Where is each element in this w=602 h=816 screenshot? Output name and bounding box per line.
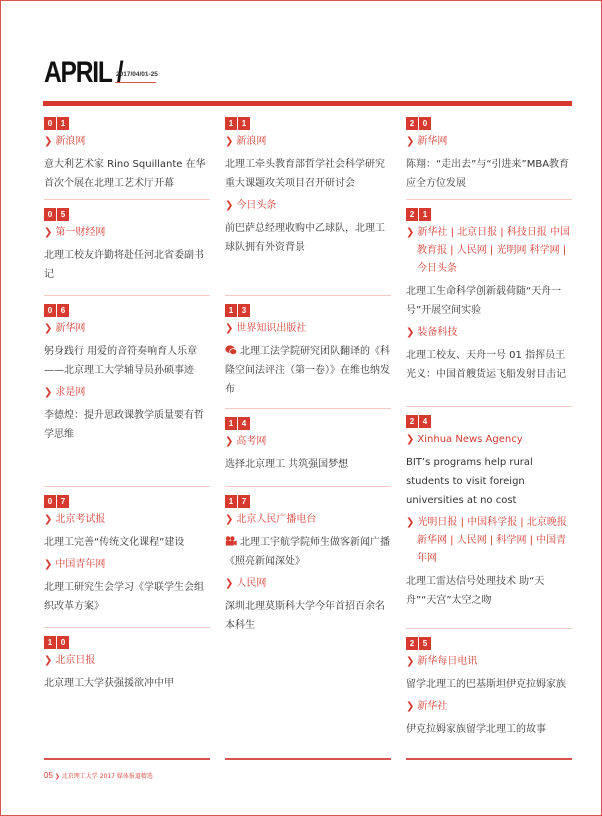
chevron-right-icon: ❯ (406, 327, 414, 338)
headline-link[interactable]: 北京理工大学获强援欲冲中甲 (44, 674, 210, 693)
headline-link[interactable]: 北理工牵头教育部哲学社会科学研究重大课题攻关项目召开研讨会 (225, 155, 391, 193)
chevron-right-icon: ❯ (406, 434, 414, 445)
headline-link[interactable]: 北理工生命科学创新载荷随“天舟一号”开展空间实验 (406, 282, 572, 320)
entry-day-11: 11 ❯新浪网 北理工牵头教育部哲学社会科学研究重大课题攻关项目召开研讨会 ❯今… (225, 117, 391, 261)
section-divider (44, 199, 210, 200)
day-badge: 05 (44, 208, 210, 221)
source-link[interactable]: ❯新浪网 (225, 133, 391, 151)
chevron-right-icon: ❯ (44, 514, 52, 525)
chevron-right-icon: ❯ (225, 514, 233, 525)
headline-link[interactable]: 选择北京理工 共筑强国梦想 (225, 455, 391, 474)
source-link[interactable]: ❯Xinhua News Agency (406, 431, 572, 449)
video-camera-icon (225, 536, 237, 546)
chevron-right-icon: ❯ (44, 559, 52, 570)
entry-day-24: 24 ❯Xinhua News Agency BIT’s programs he… (406, 415, 572, 614)
entry-day-05: 05 ❯第一财经网 北理工校友许勤将赴任河北省委副书记 (44, 208, 210, 288)
day-badge: 11 (225, 117, 391, 130)
headline-link[interactable]: 北理工校友许勤将赴任河北省委副书记 (44, 246, 210, 284)
chevron-right-icon: ❯ (406, 136, 414, 147)
day-badge: 06 (44, 304, 210, 317)
source-link[interactable]: ❯北京考试报 (44, 511, 210, 529)
bottom-rule (406, 758, 572, 760)
headline-link[interactable]: 北理工法学院研究团队翻译的《科隆空间法评注（第一卷）》在维也纳发布 (225, 342, 391, 399)
source-link[interactable]: ❯今日头条 (225, 197, 391, 215)
source-link[interactable]: ❯人民网 (225, 575, 391, 593)
chevron-right-icon: ❯ (44, 227, 52, 238)
headline-link[interactable]: 意大利艺术家 Rino Squillante 在华首次个展在北理工艺术厅开幕 (44, 155, 210, 193)
entry-day-10: 10 ❯北京日报 北京理工大学获强援欲冲中甲 (44, 636, 210, 697)
section-divider (225, 295, 391, 296)
entry-day-25: 25 ❯新华每日电讯 留学北理工的巴基斯坦伊克拉姆家族 ❯新华社 伊克拉姆家族留… (406, 637, 572, 743)
entry-day-01: 01 ❯新浪网 意大利艺术家 Rino Squillante 在华首次个展在北理… (44, 117, 210, 197)
day-badge: 20 (406, 117, 572, 130)
chevron-right-icon: ❯ (44, 655, 52, 666)
entry-day-06: 06 ❯新华网 躬身践行 用爱的音符奏响育人乐章——北京理工大学辅导员孙硕事迹 … (44, 304, 210, 448)
chevron-right-icon: ❯ (406, 656, 414, 667)
source-link[interactable]: ❯求是网 (44, 384, 210, 402)
chevron-right-icon: ❯ (225, 578, 233, 589)
chevron-right-icon: ❯ (406, 517, 414, 528)
day-badge: 01 (44, 117, 210, 130)
section-divider (406, 628, 572, 629)
section-divider (406, 199, 572, 200)
entry-day-07: 07 ❯北京考试报 北理工完善“传统文化课程”建设 ❯中国青年网 北理工研究生会… (44, 495, 210, 620)
headline-link[interactable]: BIT’s programs help rural students to vi… (406, 453, 572, 510)
chevron-right-icon: ❯ (406, 701, 414, 712)
date-underline (115, 82, 156, 83)
headline-link[interactable]: 躬身践行 用爱的音符奏响育人乐章——北京理工大学辅导员孙硕事迹 (44, 342, 210, 380)
headline-link[interactable]: 北理工研究生会学习《学联学生会组织改革方案》 (44, 578, 210, 616)
chevron-right-icon: ❯ (225, 136, 233, 147)
footer-text: 北京理工大学 2017 媒体报道精选 (62, 773, 153, 780)
chevron-right-icon: ❯ (225, 323, 233, 334)
day-badge: 14 (225, 417, 391, 430)
wechat-icon (225, 345, 237, 355)
headline-link[interactable]: 北理工雷达信号处理技术 助“天舟”“天宫”太空之吻 (406, 572, 572, 610)
header-rule (43, 101, 572, 106)
chevron-right-icon: ❯ (225, 436, 233, 447)
headline-link[interactable]: 深圳北理莫斯科大学今年首招百余名本科生 (225, 597, 391, 635)
chevron-right-icon: ❯ (44, 387, 52, 398)
headline-link[interactable]: 北理工宇航学院师生做客新闻广播《照亮新闻深处》 (225, 533, 391, 571)
day-badge: 13 (225, 304, 391, 317)
bottom-rule (44, 758, 210, 760)
section-divider (44, 295, 210, 296)
day-badge: 10 (44, 636, 210, 649)
source-link[interactable]: ❯北京日报 (44, 652, 210, 670)
headline-link[interactable]: 伊克拉姆家族留学北理工的故事 (406, 720, 572, 739)
chevron-right-icon: ❯ (55, 773, 60, 780)
source-link-group[interactable]: ❯光明日报 | 中国科学报 | 北京晚报 新华网 | 人民网 | 科学网 | 中… (406, 514, 572, 568)
source-link[interactable]: ❯新华社 (406, 698, 572, 716)
chevron-right-icon: ❯ (225, 200, 233, 211)
source-link[interactable]: ❯世界知识出版社 (225, 320, 391, 338)
section-divider (44, 627, 210, 628)
source-link[interactable]: ❯北京人民广播电台 (225, 511, 391, 529)
headline-link[interactable]: 前巴萨总经理收购中乙球队，北理工球队拥有外资背景 (225, 219, 391, 257)
entry-day-20: 20 ❯新华网 陈翔：“走出去”与“引进来”MBA教育应全方位发展 (406, 117, 572, 197)
page-footer: 05 ❯ 北京理工大学 2017 媒体报道精选 (44, 771, 153, 780)
source-link-group[interactable]: ❯新华社 | 北京日报 | 科技日报 中国教育报 | 人民网 | 光明网 科学网… (406, 224, 572, 278)
headline-link[interactable]: 北理工完善“传统文化课程”建设 (44, 533, 210, 552)
date-range: 2017/04/01-25 (116, 71, 158, 78)
entry-day-13: 13 ❯世界知识出版社 北理工法学院研究团队翻译的《科隆空间法评注（第一卷）》在… (225, 304, 391, 403)
day-badge: 21 (406, 208, 572, 221)
source-link[interactable]: ❯中国青年网 (44, 556, 210, 574)
day-badge: 25 (406, 637, 572, 650)
source-link[interactable]: ❯新华网 (406, 133, 572, 151)
chevron-right-icon: ❯ (406, 227, 414, 238)
entry-day-14: 14 ❯高考网 选择北京理工 共筑强国梦想 (225, 417, 391, 478)
chevron-right-icon: ❯ (44, 136, 52, 147)
day-badge: 07 (44, 495, 210, 508)
section-divider (225, 486, 391, 487)
source-link[interactable]: ❯新浪网 (44, 133, 210, 151)
section-divider (44, 486, 210, 487)
page-title: APRIL / (44, 58, 122, 88)
day-badge: 24 (406, 415, 572, 428)
source-link[interactable]: ❯装备科技 (406, 324, 572, 342)
source-link[interactable]: ❯新华每日电讯 (406, 653, 572, 671)
day-badge: 17 (225, 495, 391, 508)
source-link[interactable]: ❯高考网 (225, 433, 391, 451)
section-divider (406, 406, 572, 407)
source-link[interactable]: ❯第一财经网 (44, 224, 210, 242)
headline-link[interactable]: 陈翔：“走出去”与“引进来”MBA教育应全方位发展 (406, 155, 572, 193)
entry-day-21: 21 ❯新华社 | 北京日报 | 科技日报 中国教育报 | 人民网 | 光明网 … (406, 208, 572, 388)
headline-link[interactable]: 北理工校友、天舟一号 01 指挥员王光义：中国首艘货运飞船发射目击记 (406, 346, 572, 384)
headline-link[interactable]: 李德煌：提升思政课教学质量要有哲学思维 (44, 406, 210, 444)
bottom-rule (225, 758, 391, 760)
entry-day-17: 17 ❯北京人民广播电台 北理工宇航学院师生做客新闻广播《照亮新闻深处》 ❯人民… (225, 495, 391, 639)
section-divider (225, 408, 391, 409)
chevron-right-icon: ❯ (44, 323, 52, 334)
headline-link[interactable]: 留学北理工的巴基斯坦伊克拉姆家族 (406, 675, 572, 694)
source-link[interactable]: ❯新华网 (44, 320, 210, 338)
page-number: 05 (44, 771, 53, 780)
